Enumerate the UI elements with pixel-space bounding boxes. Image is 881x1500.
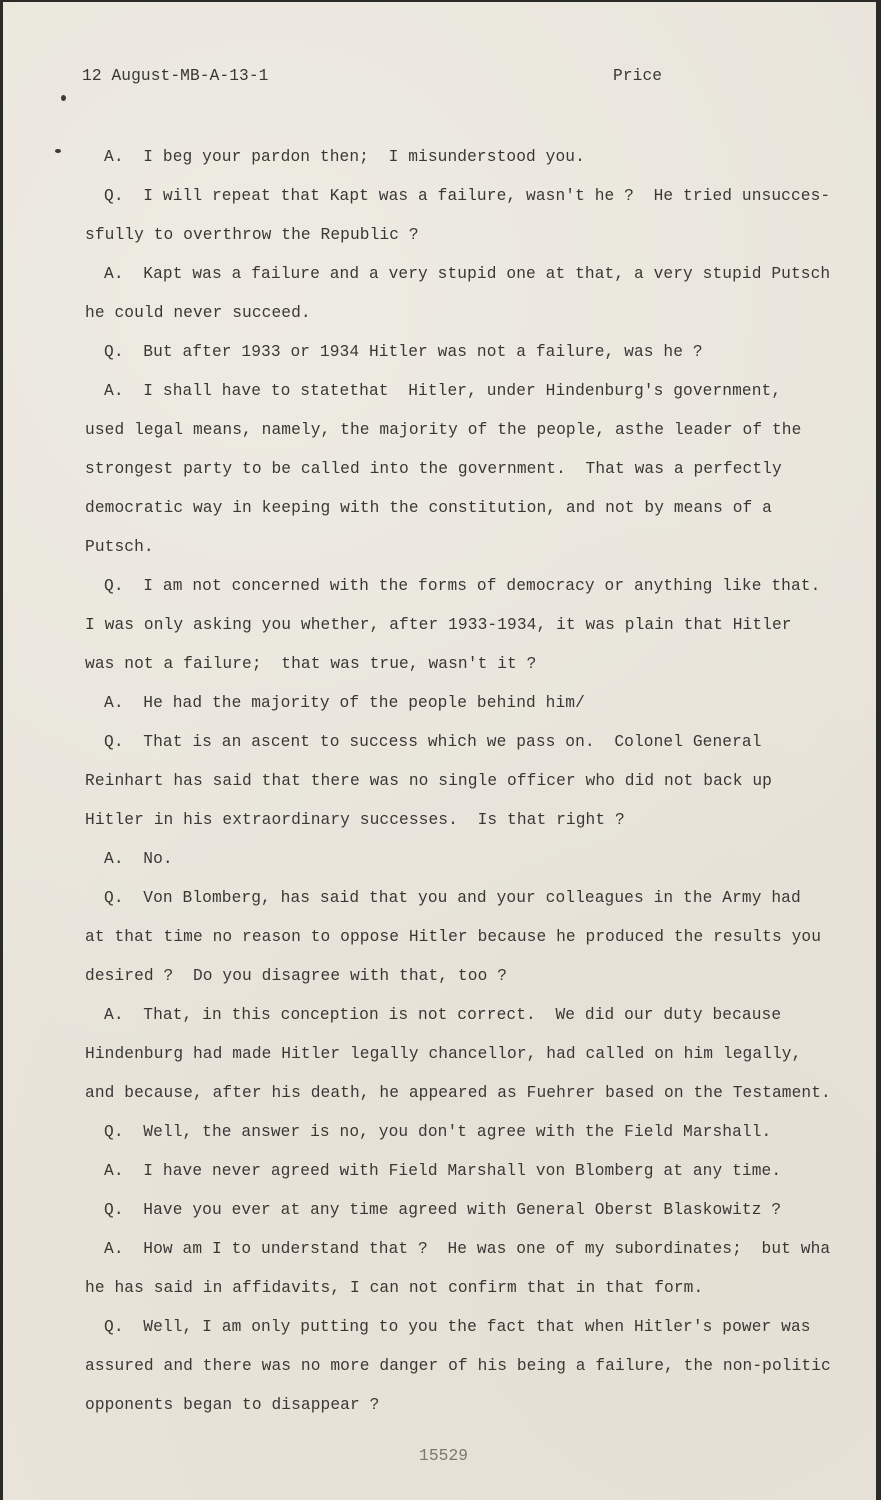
- transcript-line: Q. But after 1933 or 1934 Hitler was not…: [104, 342, 703, 362]
- transcript-line: Q. I am not concerned with the forms of …: [104, 576, 820, 596]
- transcript-line: desired ? Do you disagree with that, too…: [85, 966, 507, 986]
- transcript-line: Q. Well, I am only putting to you the fa…: [104, 1317, 811, 1337]
- transcript-line: A. He had the majority of the people beh…: [104, 693, 585, 713]
- margin-mark: [55, 149, 61, 153]
- transcript-line: A. Kapt was a failure and a very stupid …: [104, 264, 830, 284]
- transcript-line: A. How am I to understand that ? He was …: [104, 1239, 830, 1259]
- transcript-line: Hindenburg had made Hitler legally chanc…: [85, 1044, 801, 1064]
- transcript-line: A. That, in this conception is not corre…: [104, 1005, 781, 1025]
- transcript-line: democratic way in keeping with the const…: [85, 498, 772, 518]
- speaker-name: Price: [613, 66, 662, 86]
- transcript-line: Hitler in his extraordinary successes. I…: [85, 810, 625, 830]
- transcript-line: opponents began to disappear ?: [85, 1395, 379, 1415]
- transcript-line: used legal means, namely, the majority o…: [85, 420, 801, 440]
- transcript-line: Putsch.: [85, 537, 154, 557]
- document-page: 12 August-MB-A-13-1 Price A. I beg your …: [3, 2, 876, 1500]
- transcript-line: was not a failure; that was true, wasn't…: [85, 654, 536, 674]
- transcript-line: and because, after his death, he appeare…: [85, 1083, 831, 1103]
- transcript-line: Q. Von Blomberg, has said that you and y…: [104, 888, 801, 908]
- document-reference: 12 August-MB-A-13-1: [82, 66, 268, 86]
- transcript-line: Q. That is an ascent to success which we…: [104, 732, 762, 752]
- transcript-line: he has said in affidavits, I can not con…: [85, 1278, 703, 1298]
- transcript-line: Q. I will repeat that Kapt was a failure…: [104, 186, 830, 206]
- transcript-line: I was only asking you whether, after 193…: [85, 615, 792, 635]
- page-number: 15529: [419, 1446, 468, 1466]
- transcript-line: at that time no reason to oppose Hitler …: [85, 927, 821, 947]
- transcript-line: Reinhart has said that there was no sing…: [85, 771, 772, 791]
- transcript-line: strongest party to be called into the go…: [85, 459, 782, 479]
- transcript-line: A. I shall have to statethat Hitler, und…: [104, 381, 781, 401]
- transcript-line: he could never succeed.: [85, 303, 311, 323]
- transcript-line: A. I have never agreed with Field Marsha…: [104, 1161, 781, 1181]
- transcript-line: A. I beg your pardon then; I misundersto…: [104, 147, 585, 167]
- transcript-line: Q. Well, the answer is no, you don't agr…: [104, 1122, 771, 1142]
- transcript-line: Q. Have you ever at any time agreed with…: [104, 1200, 781, 1220]
- transcript-line: A. No.: [104, 849, 173, 869]
- transcript-line: assured and there was no more danger of …: [85, 1356, 831, 1376]
- transcript-line: sfully to overthrow the Republic ?: [85, 225, 419, 245]
- margin-mark: [61, 95, 66, 101]
